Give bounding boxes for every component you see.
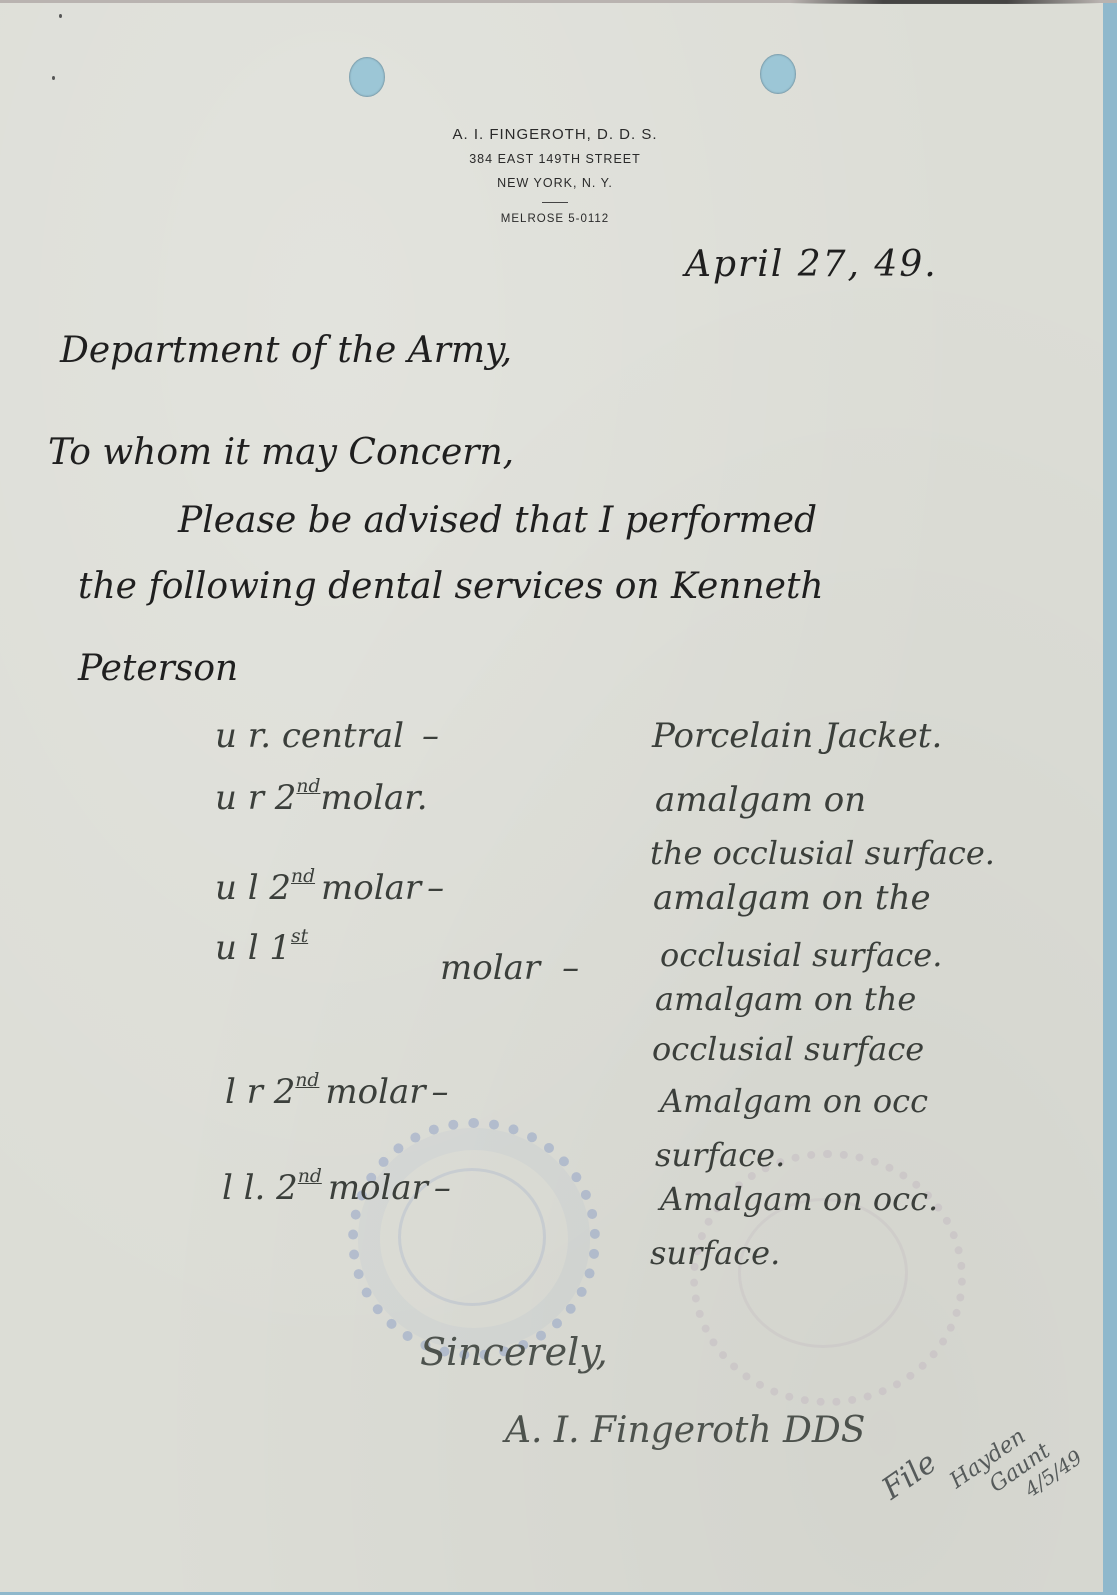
ink-stamp-blue bbox=[348, 1118, 600, 1360]
letterhead-address-line1: 384 EAST 149TH STREET bbox=[380, 146, 730, 172]
letter-closing: Sincerely, bbox=[420, 1330, 608, 1374]
service-treatment: Porcelain Jacket. bbox=[652, 716, 942, 756]
ordinal-suffix: nd bbox=[291, 866, 315, 887]
service-tooth-label: l r 2 bbox=[225, 1072, 295, 1112]
service-tooth-type: molar– bbox=[440, 948, 579, 988]
service-tooth: u l 2ndmolar– bbox=[215, 866, 444, 908]
service-tooth-type: molar bbox=[325, 1072, 425, 1112]
letter-body-line1: Please be advised that I performed bbox=[178, 500, 817, 541]
paper-speck bbox=[52, 76, 55, 80]
page-top-shadow bbox=[790, 0, 1100, 4]
service-tooth-label: u l 1 bbox=[215, 928, 291, 968]
service-treatment: surface. bbox=[655, 1136, 785, 1174]
paper-speck bbox=[59, 14, 62, 18]
service-tooth: u r. central– bbox=[215, 716, 439, 756]
service-tooth-label: u r. central bbox=[215, 716, 404, 756]
letterhead-divider bbox=[542, 202, 568, 203]
service-tooth-type-label: molar bbox=[440, 948, 540, 988]
letterhead: A. I. FINGEROTH, D. D. S. 384 EAST 149TH… bbox=[380, 124, 730, 227]
letter-salutation: To whom it may Concern, bbox=[48, 432, 514, 473]
service-treatment: amalgam on the bbox=[653, 878, 931, 918]
service-treatment: occlusial surface bbox=[652, 1030, 924, 1068]
service-treatment: the occlusial surface. bbox=[650, 834, 995, 872]
service-tooth: l l. 2ndmolar– bbox=[222, 1166, 451, 1208]
letterhead-address-line2: NEW YORK, N. Y. bbox=[380, 170, 730, 196]
service-tooth-label: u l 2 bbox=[215, 868, 291, 908]
service-treatment: surface. bbox=[650, 1234, 780, 1272]
service-treatment: amalgam on the bbox=[655, 980, 916, 1018]
service-tooth: l r 2ndmolar– bbox=[225, 1070, 448, 1112]
letter-body-line2: the following dental services on Kenneth bbox=[78, 566, 824, 607]
letter-recipient: Department of the Army, bbox=[60, 330, 512, 371]
ordinal-suffix: st bbox=[291, 926, 308, 947]
letterhead-name: A. I. FINGEROTH, D. D. S. bbox=[380, 124, 730, 146]
service-tooth-type: molar bbox=[328, 1168, 428, 1208]
service-treatment: amalgam on bbox=[655, 780, 866, 820]
punch-hole-left-icon bbox=[349, 57, 385, 97]
letter-date: April 27, 49. bbox=[685, 244, 938, 285]
service-tooth-label: u r 2 bbox=[215, 778, 296, 818]
service-tooth: u l 1st bbox=[215, 926, 308, 968]
service-treatment: Amalgam on occ bbox=[660, 1082, 928, 1120]
service-treatment: occlusial surface. bbox=[660, 936, 942, 974]
punch-hole-right-icon bbox=[760, 54, 796, 94]
service-tooth: u r 2ndmolar. bbox=[215, 776, 428, 818]
service-treatment: Amalgam on occ. bbox=[660, 1180, 938, 1218]
letter-body-line3: Peterson bbox=[78, 648, 238, 689]
letter-signature: A. I. Fingeroth DDS bbox=[505, 1410, 865, 1451]
ordinal-suffix: nd bbox=[295, 1070, 319, 1091]
letterhead-phone: MELROSE 5-0112 bbox=[380, 211, 730, 227]
service-tooth-type: molar bbox=[321, 868, 421, 908]
service-tooth-label: l l. 2 bbox=[222, 1168, 298, 1208]
ordinal-suffix: nd bbox=[296, 776, 320, 797]
service-tooth-type: molar. bbox=[320, 778, 427, 818]
ordinal-suffix: nd bbox=[298, 1166, 322, 1187]
